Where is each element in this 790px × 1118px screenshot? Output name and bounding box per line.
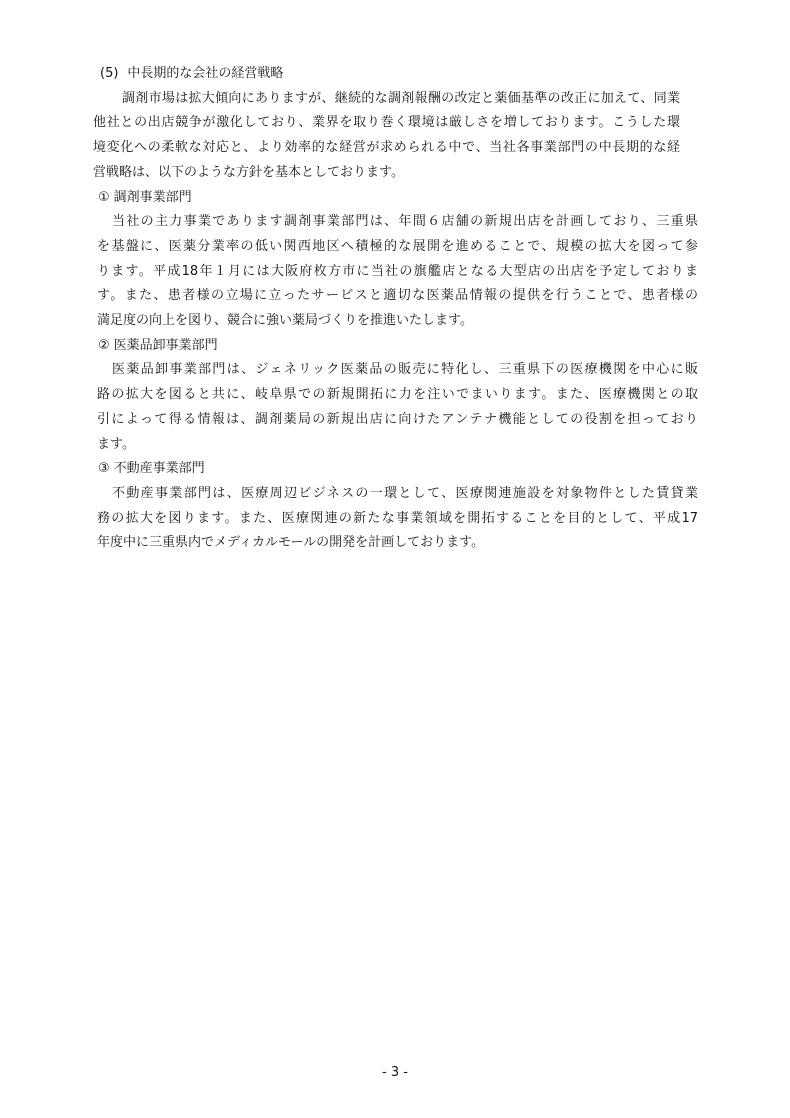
text-line: 不動産事業部門は、医療周辺ビジネスの一環として、医療関連施設を対象物件とした賃貸… — [97, 482, 698, 507]
subsection-title: 調剤事業部門 — [114, 190, 192, 205]
subsection-number: ③ — [98, 461, 110, 476]
subsection-heading-3: ③不動産事業部門 — [98, 457, 790, 482]
section-number: (5) — [100, 66, 118, 81]
subsection-paragraph-2: 医薬品卸事業部門は、ジェネリック医薬品の販売に特化し、三重県下の医療機関を中心に… — [97, 358, 698, 457]
text-line: 務の拡大を図ります。また、医療関連の新たな事業領域を開拓することを目的として、平… — [97, 507, 698, 532]
text-line: 調剤市場は拡大傾向にありますが、継続的な調剤報酬の改定と薬価基準の改正に加えて、… — [93, 87, 680, 112]
subsection-paragraph-1: 当社の主力事業であります調剤事業部門は、年間６店舗の新規出店を計画しており、三重… — [97, 210, 698, 334]
intro-paragraph: 調剤市場は拡大傾向にありますが、継続的な調剤報酬の改定と薬価基準の改正に加えて、… — [93, 87, 680, 186]
text-line: ります。平成18年１月には大阪府枚方市に当社の旗艦店となる大型店の出店を予定して… — [97, 260, 698, 285]
text-line: 医薬品卸事業部門は、ジェネリック医薬品の販売に特化し、三重県下の医療機関を中心に… — [97, 358, 698, 383]
text-line: 営戦略は、以下のような方針を基本としております。 — [93, 161, 680, 186]
section-title: 中長期的な会社の経営戦略 — [127, 66, 283, 81]
document-page: (5)中長期的な会社の経営戦略 調剤市場は拡大傾向にありますが、継続的な調剤報酬… — [0, 0, 790, 1118]
document-body: (5)中長期的な会社の経営戦略 調剤市場は拡大傾向にありますが、継続的な調剤報酬… — [0, 62, 790, 556]
text-line: 他社との出店競争が激化しており、業界を取り巻く環境は厳しさを増しております。こう… — [93, 111, 680, 136]
section-heading: (5)中長期的な会社の経営戦略 — [100, 62, 790, 87]
text-line: 年度中に三重県内でメディカルモールの開発を計画しております。 — [97, 531, 698, 556]
text-line: 満足度の向上を図り、競合に強い薬局づくりを推進いたします。 — [97, 309, 698, 334]
text-line: す。また、患者様の立場に立ったサービスと適切な医薬品情報の提供を行うことで、患者… — [97, 284, 698, 309]
subsection-heading-1: ①調剤事業部門 — [98, 186, 790, 211]
text-line: ます。 — [97, 433, 698, 458]
page-number: - 3 - — [0, 1064, 790, 1082]
subsection-title: 医薬品卸事業部門 — [114, 338, 218, 353]
subsection-number: ① — [98, 190, 110, 205]
subsection-paragraph-3: 不動産事業部門は、医療周辺ビジネスの一環として、医療関連施設を対象物件とした賃貸… — [97, 482, 698, 556]
subsection-title: 不動産事業部門 — [114, 461, 205, 476]
text-line: 路の拡大を図ると共に、岐阜県での新規開拓に力を注いでまいります。また、医療機関と… — [97, 383, 698, 408]
text-line: を基盤に、医薬分業率の低い関西地区へ積極的な展開を進めることで、規模の拡大を図っ… — [97, 235, 698, 260]
text-line: 境変化への柔軟な対応と、より効率的な経営が求められる中で、当社各事業部門の中長期… — [93, 136, 680, 161]
text-line: 当社の主力事業であります調剤事業部門は、年間６店舗の新規出店を計画しており、三重… — [97, 210, 698, 235]
subsection-number: ② — [98, 338, 110, 353]
subsection-heading-2: ②医薬品卸事業部門 — [98, 334, 790, 359]
text-line: 引によって得る情報は、調剤薬局の新規出店に向けたアンテナ機能としての役割を担って… — [97, 408, 698, 433]
